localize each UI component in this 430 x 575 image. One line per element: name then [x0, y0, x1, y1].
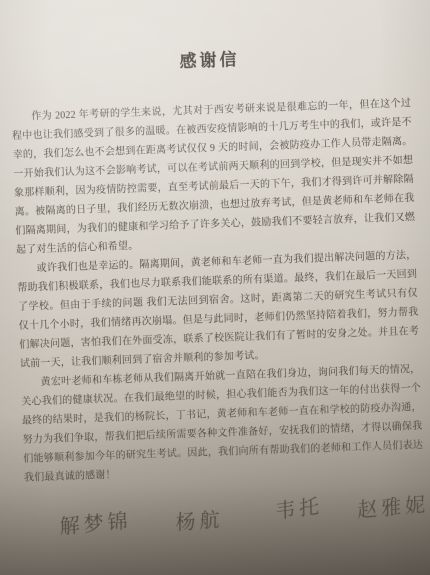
letter-photo: 感谢信 作为 2022 年考研的学生来说，尤其对于西安考研来说是很难忘的一年，但… — [0, 0, 430, 575]
letter-body: 感谢信 作为 2022 年考研的学生来说，尤其对于西安考研来说是很难忘的一年，但… — [9, 33, 427, 562]
letter-paragraph-3: 黄宏叶老师和车栋老师从我们隔离开始就一直陪在我们身边，询问我们每天的情况，关心我… — [20, 360, 424, 488]
signature-handwritten-1: 解梦锦 — [59, 504, 131, 539]
letter-title: 感谢信 — [9, 39, 410, 78]
letter-paragraph-1: 作为 2022 年考研的学生来说，尤其对于西安考研来说是很难忘的一年，但在这个过… — [11, 94, 416, 260]
signature-handwritten-2: 杨航 — [175, 503, 223, 535]
screenshot-root: { "letter": { "title": "感谢信", "paragraph… — [0, 0, 430, 575]
signature-handwritten-3: 韦托 — [275, 489, 323, 524]
signatures-row: 解梦锦 杨航 韦托 赵雅妮 — [25, 488, 427, 562]
signature-handwritten-4: 赵雅妮 — [357, 488, 429, 523]
letter-paragraph-2: 或许我们也是幸运的。隔离期间，黄老师和车老师一直为我们提出解决问题的方法，帮助我… — [16, 246, 420, 374]
